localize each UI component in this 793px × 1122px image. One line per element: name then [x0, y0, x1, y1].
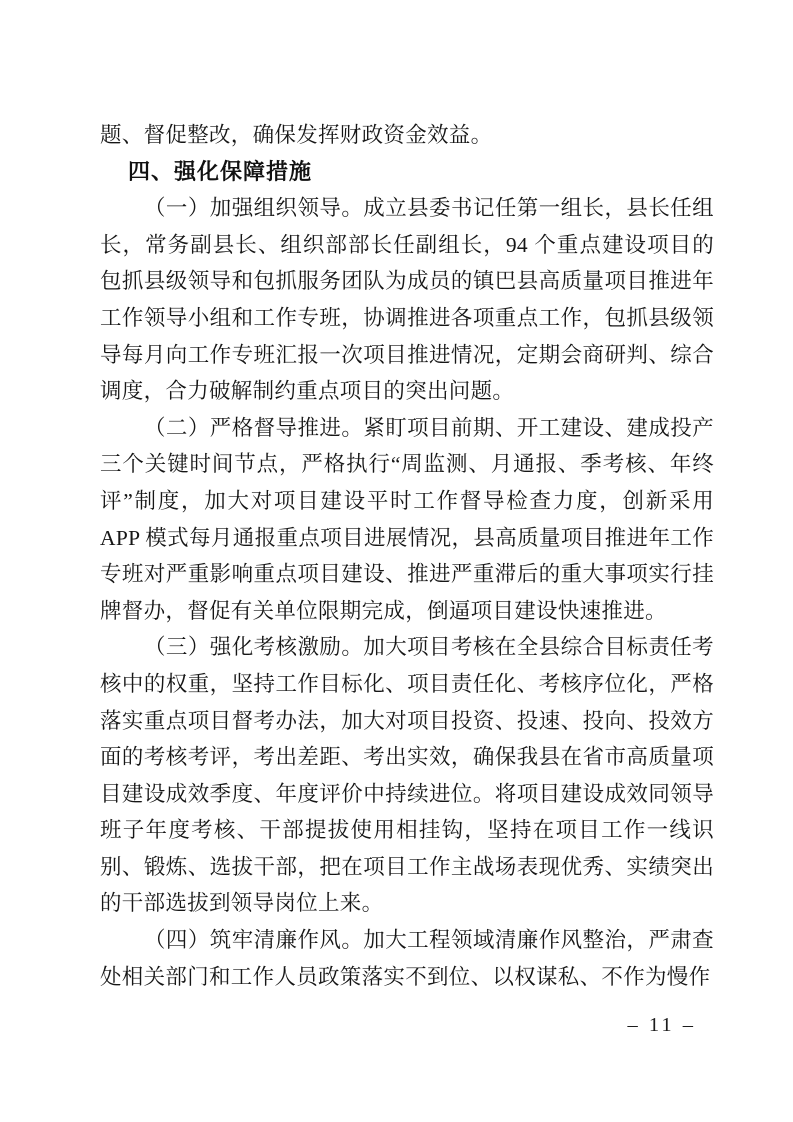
paragraph-1: （一）加强组织领导。成立县委书记任第一组长，县长任组长，常务副县长、组织部部长任…: [100, 190, 714, 410]
paragraph-4-lead: （四）筑牢清廉作风。: [144, 928, 363, 952]
page-number: – 11 –: [628, 1013, 697, 1037]
paragraph-2-text: 紧盯项目前期、开工建设、建成投产三个关键时间节点，严格执行“周监测、月通报、季考…: [100, 416, 714, 623]
paragraph-3-lead: （三）强化考核激励。: [144, 635, 363, 659]
paragraph-2: （二）严格督导推进。紧盯项目前期、开工建设、建成投产三个关键时间节点，严格执行“…: [100, 410, 714, 630]
document-body: 题、督促整改，确保发挥财政资金效益。 四、强化保障措施 （一）加强组织领导。成立…: [100, 117, 714, 995]
paragraph-continuation: 题、督促整改，确保发挥财政资金效益。: [100, 117, 714, 154]
paragraph-3: （三）强化考核激励。加大项目考核在全县综合目标责任考核中的权重，坚持工作目标化、…: [100, 629, 714, 922]
paragraph-2-lead: （二）严格督导推进。: [144, 416, 363, 440]
paragraph-1-lead: （一）加强组织领导。: [144, 196, 363, 220]
paragraph-4: （四）筑牢清廉作风。加大工程领域清廉作风整治，严肃查处相关部门和工作人员政策落实…: [100, 922, 714, 995]
document-page: 题、督促整改，确保发挥财政资金效益。 四、强化保障措施 （一）加强组织领导。成立…: [0, 0, 793, 1122]
paragraph-1-text: 成立县委书记任第一组长，县长任组长，常务副县长、组织部部长任副组长，94 个重点…: [100, 196, 714, 403]
section-heading: 四、强化保障措施: [100, 154, 714, 191]
paragraph-3-text: 加大项目考核在全县综合目标责任考核中的权重，坚持工作目标化、项目责任化、考核序位…: [100, 635, 714, 915]
